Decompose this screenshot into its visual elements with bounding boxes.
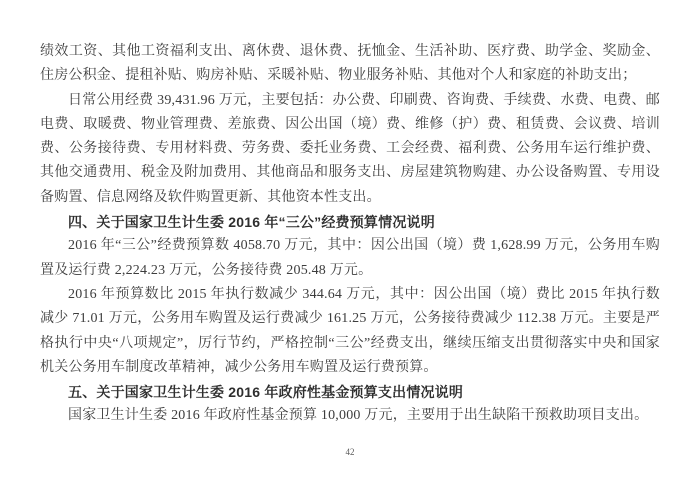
paragraph-gov-fund-budget: 国家卫生计生委 2016 年政府性基金预算 10,000 万元，主要用于出生缺陷…: [40, 404, 660, 428]
paragraph-sangong-budget-figures: 2016 年“三公”经费预算数 4058.70 万元，其中：因公出国（境）费 1…: [40, 234, 660, 283]
paragraph-daily-public-expenses: 日常公用经费 39,431.96 万元，主要包括：办公费、印刷费、咨询费、手续费…: [40, 89, 660, 210]
section-heading-four-sangong-budget: 四、关于国家卫生计生委 2016 年“三公”经费预算情况说明: [40, 210, 660, 234]
page-number: 42: [0, 447, 700, 457]
section-heading-five-gov-fund-budget: 五、关于国家卫生计生委 2016 年政府性基金预算支出情况说明: [40, 380, 660, 404]
document-page: 绩效工资、其他工资福利支出、离休费、退休费、抚恤金、生活补助、医疗费、助学金、奖…: [0, 0, 700, 479]
paragraph-sangong-yoy-comparison: 2016 年预算数比 2015 年执行数减少 344.64 万元，其中：因公出国…: [40, 283, 660, 380]
paragraph-personnel-benefits-continuation: 绩效工资、其他工资福利支出、离休费、退休费、抚恤金、生活补助、医疗费、助学金、奖…: [40, 40, 660, 89]
